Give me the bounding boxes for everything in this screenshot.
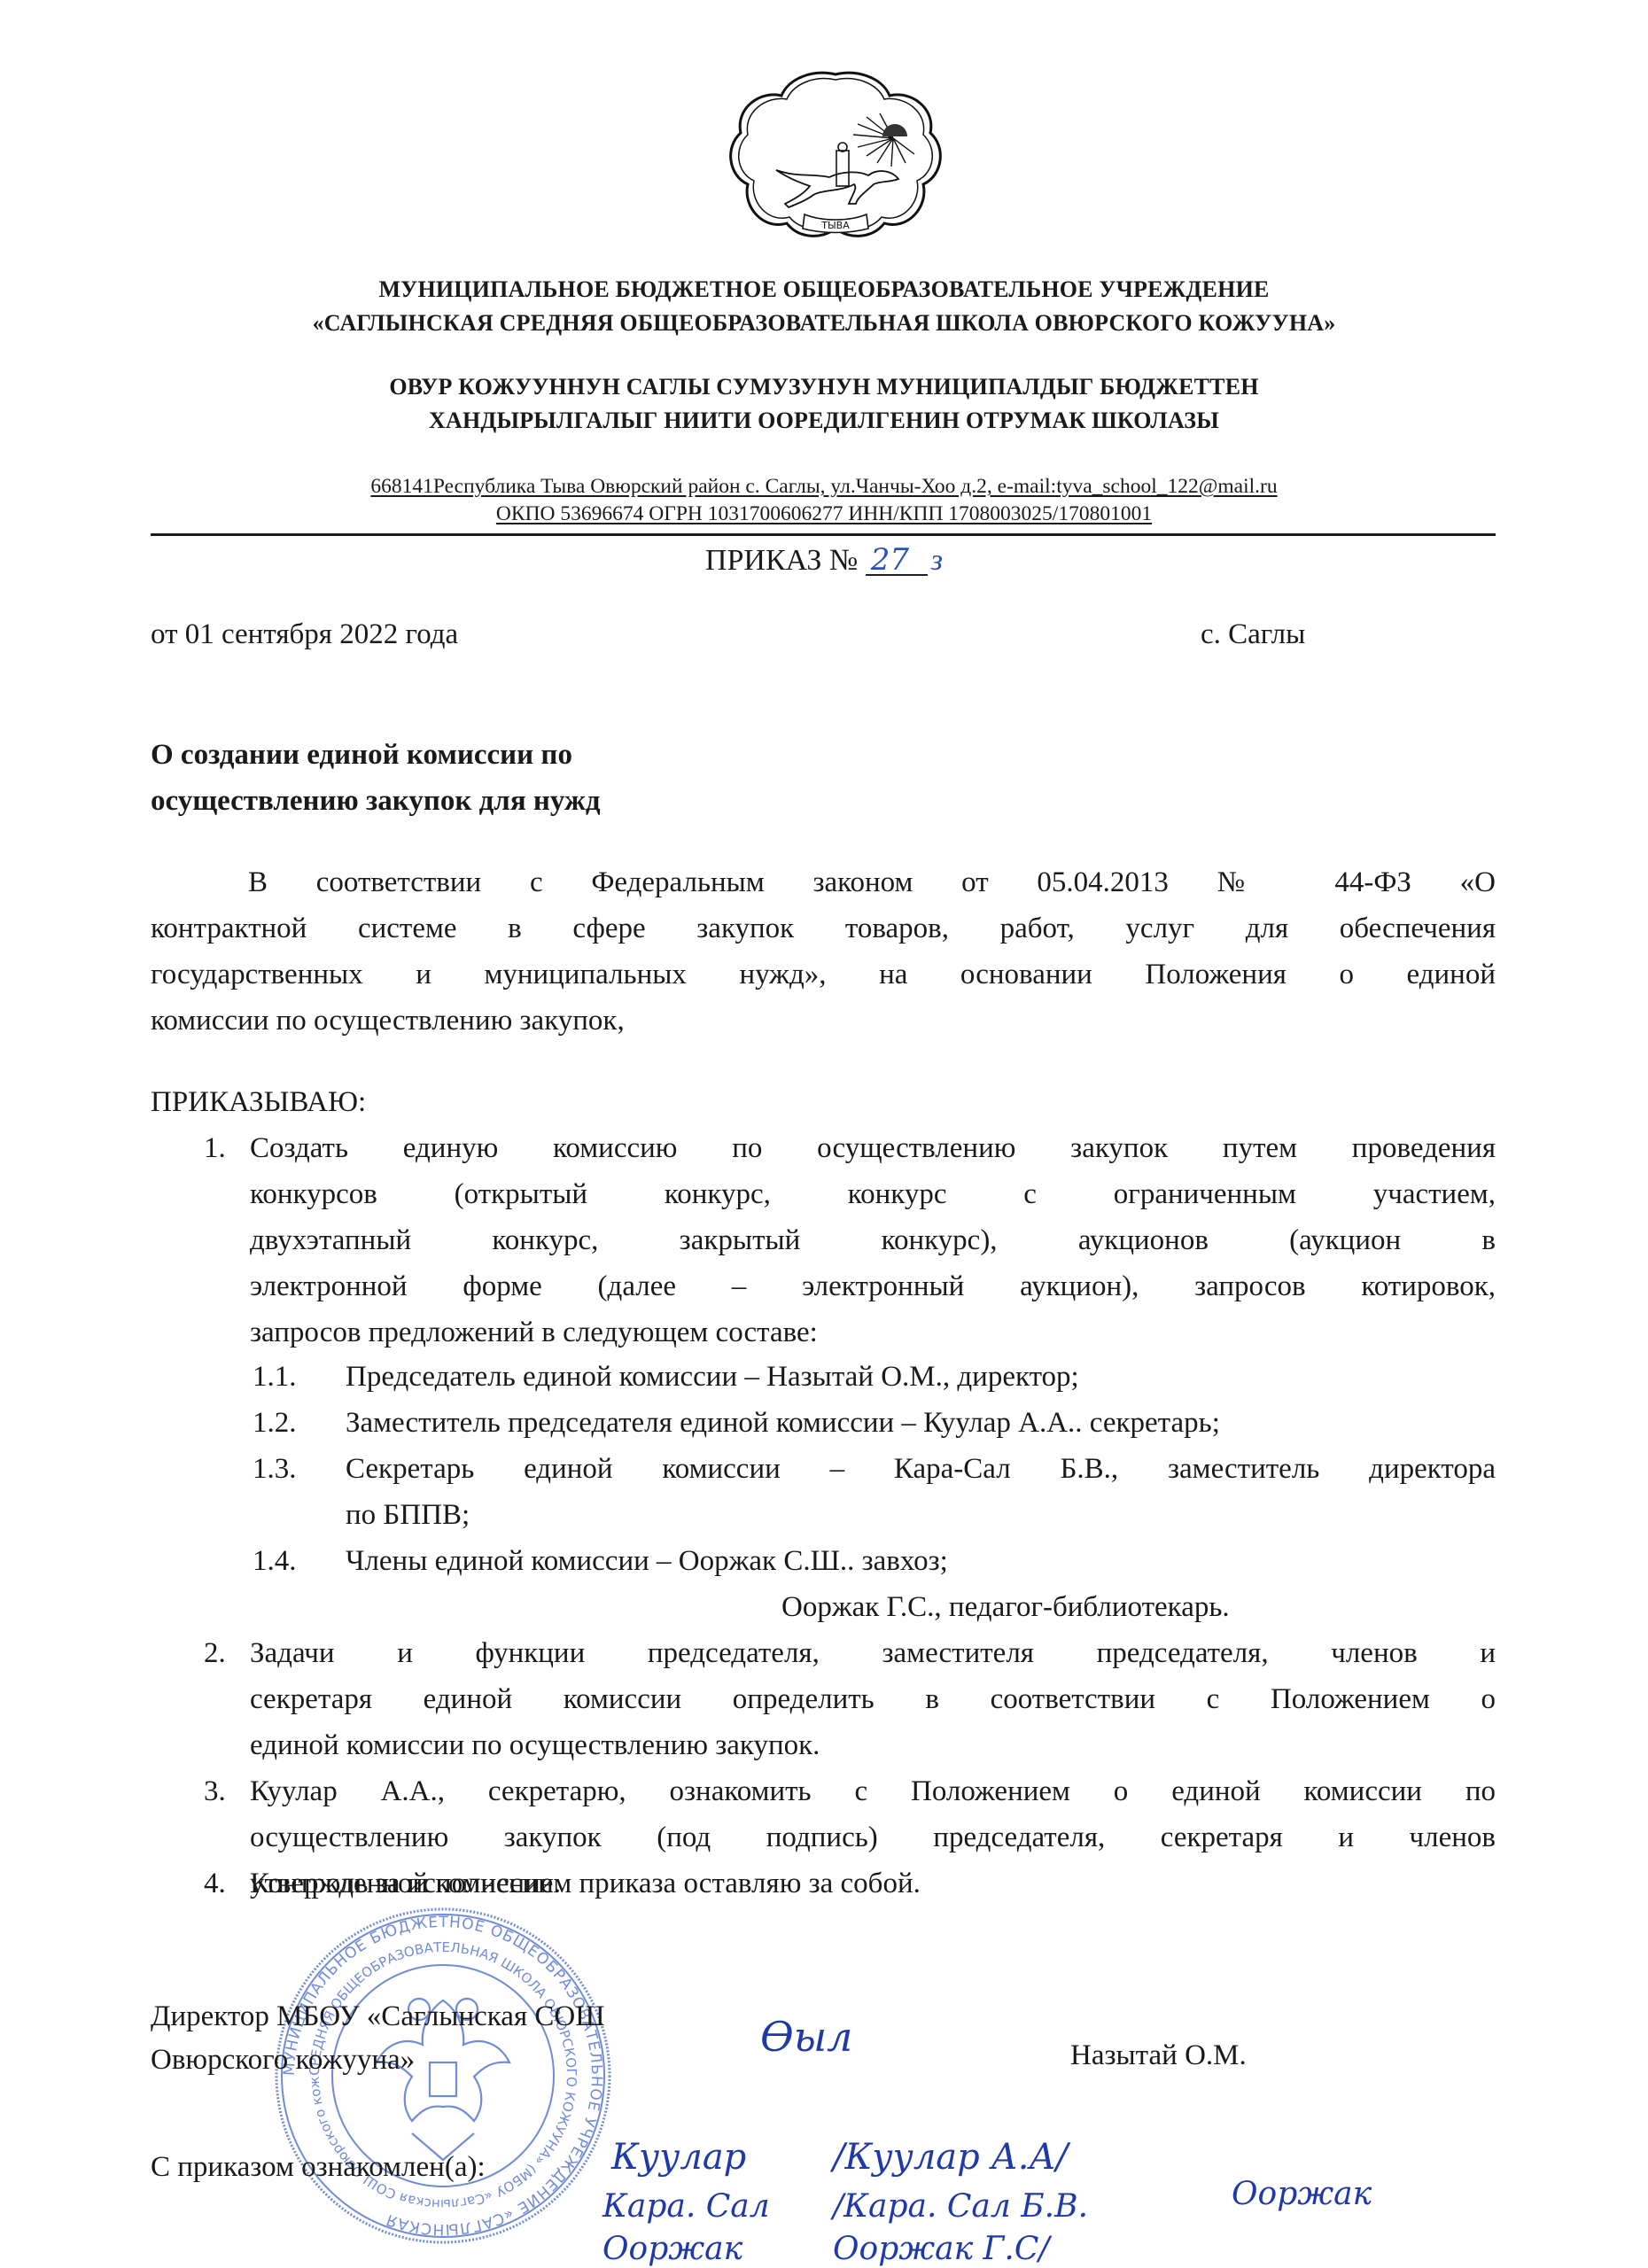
ack-signature-oorzhak-1: Ооржак [1232,2176,1372,2212]
subitem-1-4-continuation: Ооржак Г.С., педагог-библиотекарь. [781,1584,1230,1630]
signatory-position-line1: Директор МБОУ «Саглынская СОШ [151,1993,605,2039]
item-3-number: 3. [204,1768,226,1814]
header-divider [151,533,1496,536]
institution-address: 668141Республика Тыва Овюрский район с. … [0,475,1648,499]
preamble: В соответствии с Федеральным законом от … [151,859,1496,1044]
item-2-text: Задачи и функции председателя, заместите… [250,1630,1496,1768]
director-handwritten-signature: Ѳыл [760,2013,852,2061]
subitem-1-4-text: Члены единой комиссии – Ооржак С.Ш.. зав… [346,1538,948,1584]
subitem-1-3-number: 1.3. [253,1446,297,1492]
directive-heading: ПРИКАЗЫВАЮ: [151,1079,366,1125]
svg-text:ТЫВА: ТЫВА [820,220,850,231]
acknowledgement-label: С приказом ознакомлен(а): [151,2144,486,2190]
signatory-name: Назытай О.М. [1070,2032,1247,2078]
ack-signature-kara-sal: Кара. Сал [602,2188,770,2225]
item-1-number: 1. [204,1125,226,1171]
order-title: ПРИКАЗ № 27з [0,544,1648,578]
subitem-1-2-number: 1.2. [253,1400,297,1446]
item-4-text: Контроль за исполнением приказа оставляю… [250,1860,921,1907]
order-number-suffix: з [931,544,943,577]
order-place: с. Саглы [1201,611,1305,657]
order-subject-line2: осуществлению закупок для нужд [151,778,601,824]
signatory-position-line2: Овюрского кожууна» [151,2037,415,2083]
order-number-handwritten: 27 [866,546,928,576]
subitem-1-4-number: 1.4. [253,1538,297,1584]
tuva-emblem-icon: ТЫВА [725,66,946,239]
institution-name-ru-line2: «САГЛЫНСКАЯ СРЕДНЯЯ ОБЩЕОБРАЗОВАТЕЛЬНАЯ … [0,310,1648,337]
item-4-number: 4. [204,1860,226,1907]
ack-name-kuular: /Куулар А.А/ [833,2137,1068,2178]
item-1-text: Создать единую комиссию по осуществлению… [250,1125,1496,1355]
ack-name-oorzhak: Ооржак Г.С/ [833,2231,1050,2267]
item-2-number: 2. [204,1630,226,1676]
subitem-1-1-number: 1.1. [253,1354,297,1400]
subitem-1-1-text: Председатель единой комиссии – Назытай О… [346,1354,1079,1400]
institution-name-tyv-line2: ХАНДЫРЫЛГАЛЫГ НИИТИ ООРЕДИЛГЕНИН ОТРУМАК… [0,408,1648,434]
ack-name-kara-sal: /Кара. Сал Б.В. [833,2188,1088,2225]
order-title-label: ПРИКАЗ № [705,544,858,577]
institution-registry-codes: ОКПО 53696674 ОГРН 1031700606277 ИНН/КПП… [0,502,1648,526]
ack-signature-kuular: Куулар [611,2137,746,2178]
institution-name-tyv-line1: ОВУР КОЖУУННУН САГЛЫ СУМУЗУНУН МУНИЦИПАЛ… [0,374,1648,400]
subitem-1-3-text: Секретарь единой комиссии – Кара-Сал Б.В… [346,1446,1496,1538]
order-subject-line1: О создании единой комиссии по [151,732,572,778]
order-date: от 01 сентября 2022 года [151,611,458,657]
institution-name-ru-line1: МУНИЦИПАЛЬНОЕ БЮДЖЕТНОЕ ОБЩЕОБРАЗОВАТЕЛЬ… [0,276,1648,303]
ack-signature-oorzhak-2: Ооржак [602,2231,742,2267]
subitem-1-2-text: Заместитель председателя единой комиссии… [346,1400,1220,1446]
